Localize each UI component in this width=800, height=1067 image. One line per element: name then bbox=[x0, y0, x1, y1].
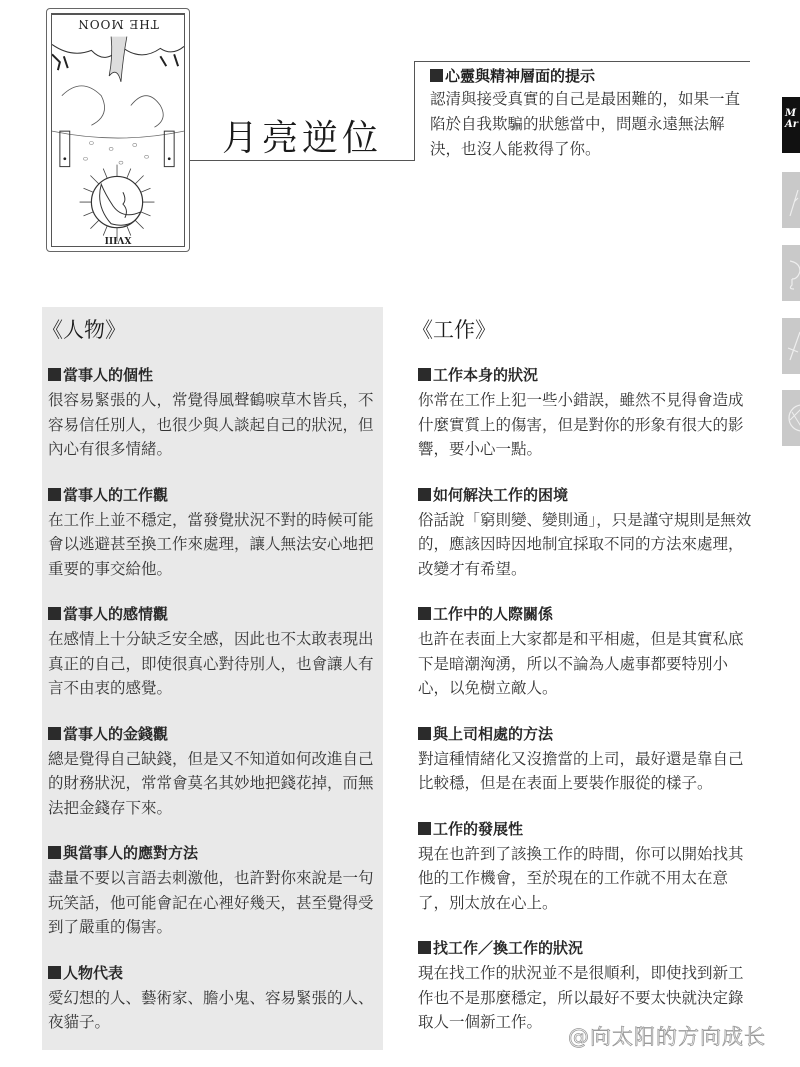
square-bullet-icon bbox=[418, 941, 431, 954]
section-heading-text: 與上司相處的方法 bbox=[433, 725, 553, 743]
work-section-solve-difficulty: 如何解決工作的困境 俗話說「窮則變、變則通」，只是謹守規則是無效的，應該因時因地… bbox=[418, 484, 758, 582]
hint-body: 認清與接受真實的自己是最困難的，如果一直陷於自我欺騙的狀態當中，問題永遠無法解決… bbox=[430, 87, 750, 162]
square-bullet-icon bbox=[48, 966, 61, 979]
card-numeral: XVIII bbox=[52, 234, 184, 244]
hint-heading-text: 心靈與精神層面的提示 bbox=[445, 67, 595, 85]
hint-box-left-border bbox=[414, 62, 415, 161]
section-heading: 工作的發展性 bbox=[418, 818, 758, 840]
tab-label-line1: M bbox=[785, 109, 796, 119]
square-bullet-icon bbox=[418, 727, 431, 740]
square-bullet-icon bbox=[48, 368, 61, 381]
section-heading-text: 當事人的感情觀 bbox=[63, 605, 168, 623]
section-heading: 與上司相處的方法 bbox=[418, 723, 758, 745]
section-heading: 如何解決工作的困境 bbox=[418, 484, 758, 506]
section-heading-text: 如何解決工作的困境 bbox=[433, 486, 568, 504]
card-name-en: THE MOON bbox=[52, 14, 184, 34]
section-body: 總是覺得自己缺錢，但是又不知道如何改進自己的財務狀況，常常會莫名其妙地把錢花掉，… bbox=[48, 747, 388, 821]
thumb-tab-swords[interactable] bbox=[782, 318, 800, 374]
section-heading: 當事人的金錢觀 bbox=[48, 723, 388, 745]
work-section-status: 工作本身的狀況 你常在工作上犯一些小錯誤，雖然不見得會造成什麼實質上的傷害，但是… bbox=[418, 364, 758, 462]
section-body: 在工作上並不穩定，當發覺狀況不對的時候可能會以逃避甚至換工作來處理，讓人無法安心… bbox=[48, 508, 388, 582]
person-section-personality: 當事人的個性 很容易緊張的人，常覺得風聲鶴唳草木皆兵，不容易信任別人，也很少與人… bbox=[48, 364, 388, 462]
square-bullet-icon bbox=[418, 488, 431, 501]
watermark: @向太阳的方向成长 bbox=[568, 1021, 766, 1051]
section-body: 在感情上十分缺乏安全感，因此也不太敢表現出真正的自己，即使很真心對待別人，也會讓… bbox=[48, 627, 388, 701]
tarot-card-frame: THE MOON bbox=[51, 13, 185, 247]
section-heading: 與當事人的應對方法 bbox=[48, 842, 388, 864]
hint-heading: 心靈與精神層面的提示 bbox=[430, 66, 750, 86]
tarot-card-moon-reversed: THE MOON bbox=[46, 8, 190, 252]
square-bullet-icon bbox=[418, 368, 431, 381]
section-heading: 當事人的個性 bbox=[48, 364, 388, 386]
section-heading-text: 工作的發展性 bbox=[433, 820, 523, 838]
section-body: 對這種情緒化又沒擔當的上司，最好還是靠自己比較穩，但是在表面上要裝作服從的樣子。 bbox=[418, 747, 758, 796]
work-column-title: 《工作》 bbox=[412, 314, 758, 364]
square-bullet-icon bbox=[418, 607, 431, 620]
section-heading-text: 當事人的金錢觀 bbox=[63, 725, 168, 743]
section-heading-text: 人物代表 bbox=[63, 964, 123, 982]
wand-icon bbox=[782, 172, 800, 228]
section-heading-text: 找工作／換工作的狀況 bbox=[433, 939, 583, 957]
tab-label-line2: Ar bbox=[785, 120, 798, 130]
square-bullet-icon bbox=[48, 607, 61, 620]
pentacle-icon bbox=[782, 390, 800, 446]
section-heading: 找工作／換工作的狀況 bbox=[418, 937, 758, 959]
spiritual-hint-box: 心靈與精神層面的提示 認清與接受真實的自己是最困難的，如果一直陷於自我欺騙的狀態… bbox=[430, 66, 750, 162]
section-heading-text: 當事人的個性 bbox=[63, 366, 153, 384]
work-column: 《工作》 工作本身的狀況 你常在工作上犯一些小錯誤，雖然不見得會造成什麼實質上的… bbox=[418, 314, 758, 1057]
section-body: 現在也許到了該換工作的時間，你可以開始找其他的工作機會，至於現在的工作就不用太在… bbox=[418, 842, 758, 916]
person-column: 《人物》 當事人的個性 很容易緊張的人，常覺得風聲鶴唳草木皆兵，不容易信任別人，… bbox=[48, 314, 388, 1057]
hint-box-top-border bbox=[414, 61, 750, 62]
square-bullet-icon bbox=[418, 822, 431, 835]
work-section-job-search: 找工作／換工作的狀況 現在找工作的狀況並不是很順利，即使找到新工作也不是那麼穩定… bbox=[418, 937, 758, 1035]
square-bullet-icon bbox=[48, 727, 61, 740]
person-section-love-view: 當事人的感情觀 在感情上十分缺乏安全感，因此也不太敢表現出真正的自己，即使很真心… bbox=[48, 603, 388, 701]
work-section-relationships: 工作中的人際關係 也許在表面上大家都是和平相處，但是其實私底下是暗潮洶湧，所以不… bbox=[418, 603, 758, 701]
section-heading-text: 與當事人的應對方法 bbox=[63, 844, 198, 862]
section-body: 愛幻想的人、藝術家、膽小鬼、容易緊張的人、夜貓子。 bbox=[48, 986, 388, 1035]
thumb-tab-major-arcana[interactable]: M Ar bbox=[782, 97, 800, 153]
section-body: 盡量不要以言語去刺激他，也許對你來說是一句玩笑話，他可能會記在心裡好幾天，甚至覺… bbox=[48, 866, 388, 940]
thumb-tab-cups[interactable] bbox=[782, 245, 800, 301]
square-bullet-icon bbox=[48, 846, 61, 859]
person-section-money-view: 當事人的金錢觀 總是覺得自己缺錢，但是又不知道如何改進自己的財務狀況，常常會莫名… bbox=[48, 723, 388, 821]
cup-icon bbox=[782, 245, 800, 301]
section-heading-text: 當事人的工作觀 bbox=[63, 486, 168, 504]
section-heading: 工作中的人際關係 bbox=[418, 603, 758, 625]
person-section-how-to-deal: 與當事人的應對方法 盡量不要以言語去刺激他，也許對你來說是一句玩笑話，他可能會記… bbox=[48, 842, 388, 940]
person-section-work-view: 當事人的工作觀 在工作上並不穩定，當發覺狀況不對的時候可能會以逃避甚至換工作來處… bbox=[48, 484, 388, 582]
work-section-boss: 與上司相處的方法 對這種情緒化又沒擔當的上司，最好還是靠自己比較穩，但是在表面上… bbox=[418, 723, 758, 796]
person-section-representatives: 人物代表 愛幻想的人、藝術家、膽小鬼、容易緊張的人、夜貓子。 bbox=[48, 962, 388, 1035]
square-bullet-icon bbox=[430, 69, 443, 82]
sword-icon bbox=[782, 318, 800, 374]
thumb-tab-wands[interactable] bbox=[782, 172, 800, 228]
moon-card-illustration-icon bbox=[52, 35, 184, 247]
person-column-title: 《人物》 bbox=[42, 314, 388, 364]
section-heading: 當事人的工作觀 bbox=[48, 484, 388, 506]
section-body: 俗話說「窮則變、變則通」，只是謹守規則是無效的，應該因時因地制宜採取不同的方法來… bbox=[418, 508, 758, 582]
section-body: 也許在表面上大家都是和平相處，但是其實私底下是暗潮洶湧，所以不論為人處事都要特別… bbox=[418, 627, 758, 701]
work-section-development: 工作的發展性 現在也許到了該換工作的時間，你可以開始找其他的工作機會，至於現在的… bbox=[418, 818, 758, 916]
section-body: 很容易緊張的人，常覺得風聲鶴唳草木皆兵，不容易信任別人，也很少與人談起自己的狀況… bbox=[48, 388, 388, 462]
section-body: 你常在工作上犯一些小錯誤，雖然不見得會造成什麼實質上的傷害，但是對你的形象有很大… bbox=[418, 388, 758, 462]
page-title: 月亮逆位 bbox=[222, 110, 382, 161]
section-heading-text: 工作中的人際關係 bbox=[433, 605, 553, 623]
section-heading-text: 工作本身的狀況 bbox=[433, 366, 538, 384]
thumb-tab-pentacles[interactable] bbox=[782, 390, 800, 446]
section-heading: 工作本身的狀況 bbox=[418, 364, 758, 386]
section-heading: 人物代表 bbox=[48, 962, 388, 984]
section-heading: 當事人的感情觀 bbox=[48, 603, 388, 625]
square-bullet-icon bbox=[48, 488, 61, 501]
